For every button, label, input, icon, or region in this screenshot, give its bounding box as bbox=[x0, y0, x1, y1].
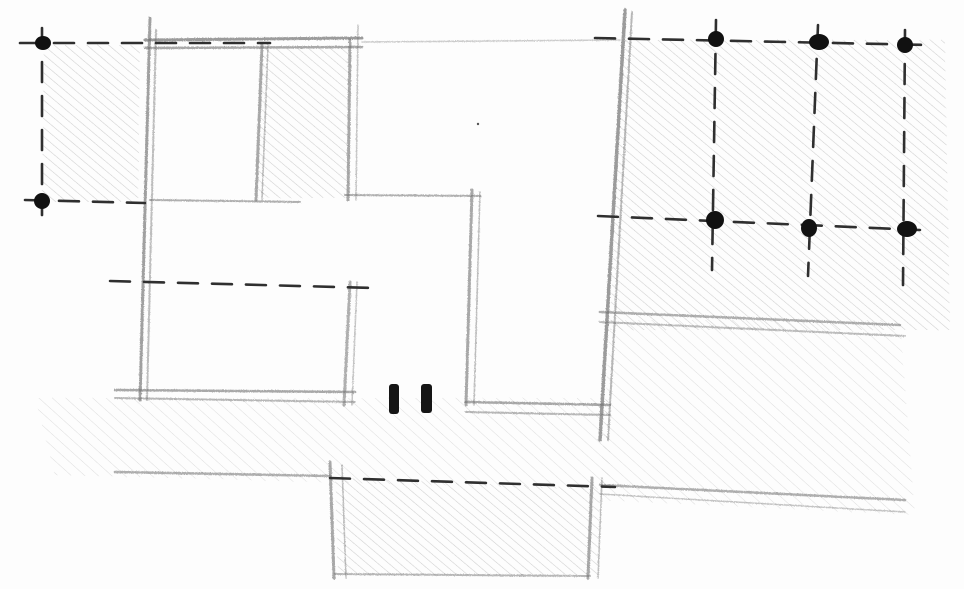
column-dot bbox=[897, 37, 913, 53]
column-dot bbox=[35, 36, 51, 50]
column-dot bbox=[897, 221, 917, 237]
hatch-right-block bbox=[610, 40, 950, 330]
hatch-top-middle-bay bbox=[258, 48, 352, 198]
hatch-right-lower bbox=[600, 320, 915, 515]
hatch-top-left-bay bbox=[42, 45, 140, 202]
column-dot bbox=[801, 219, 817, 237]
entrance-mark bbox=[389, 384, 399, 414]
column-dot bbox=[706, 211, 724, 229]
column-dot bbox=[809, 34, 829, 50]
entrance-mark bbox=[421, 384, 432, 413]
pencil-speck bbox=[477, 123, 479, 125]
hatch-bottom-middle-bay bbox=[335, 478, 600, 575]
column-dot bbox=[34, 193, 50, 209]
floor-plan-sketch bbox=[0, 0, 964, 589]
column-dot bbox=[708, 31, 724, 47]
